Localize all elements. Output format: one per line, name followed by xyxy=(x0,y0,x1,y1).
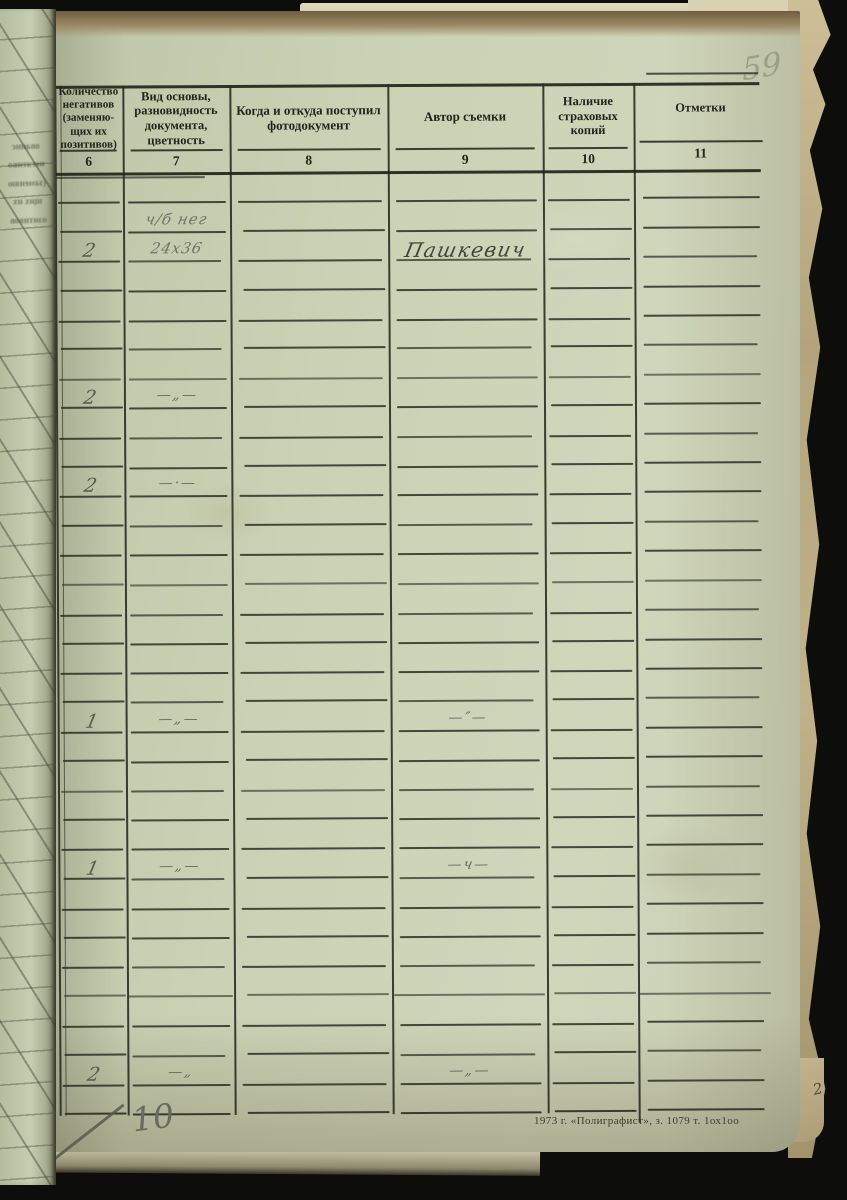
handwritten-entry: —„— xyxy=(122,387,232,404)
cell-c11 xyxy=(638,905,772,935)
table-row xyxy=(57,582,770,615)
cell-c11 xyxy=(637,699,771,729)
cell-c10 xyxy=(544,435,635,465)
cell-c8 xyxy=(234,937,392,967)
cell-c10 xyxy=(547,1024,638,1054)
cell-c10 xyxy=(545,524,636,554)
cell-c6: 2 xyxy=(56,379,124,409)
cell-c7 xyxy=(127,1026,234,1056)
table-row: 2—·— xyxy=(56,464,769,497)
cell-c7 xyxy=(124,408,231,438)
cell-c8 xyxy=(234,1054,392,1084)
column-number-11: 11 xyxy=(634,142,768,164)
cell-c6 xyxy=(58,791,126,821)
cell-c10 xyxy=(546,818,637,848)
cell-c9 xyxy=(392,906,547,936)
table-row xyxy=(58,788,771,821)
cell-c7 xyxy=(125,643,232,673)
cell-c8 xyxy=(233,790,391,820)
cell-c8 xyxy=(232,554,390,584)
cell-c11 xyxy=(639,1082,773,1112)
cell-c10 xyxy=(546,847,637,877)
column-number-8: 8 xyxy=(230,149,388,171)
cell-c6 xyxy=(58,732,126,762)
cell-c10 xyxy=(545,641,636,671)
cell-c7 xyxy=(124,438,231,468)
cell-c6 xyxy=(57,644,125,674)
cell-c8 xyxy=(232,613,390,643)
header-col9-label: Автор съемки xyxy=(424,109,506,125)
page-top-edge xyxy=(48,11,800,37)
cell-c7 xyxy=(123,291,230,321)
row-line xyxy=(65,1113,126,1115)
cell-c6 xyxy=(58,820,126,850)
table-row xyxy=(57,670,770,703)
cell-c11 xyxy=(638,935,772,965)
row-line xyxy=(247,1111,389,1114)
cell-c11 xyxy=(637,876,771,906)
cell-c7 xyxy=(127,938,234,968)
cell-c9 xyxy=(392,1024,547,1054)
cell-c11 xyxy=(637,729,771,759)
cell-c8 xyxy=(234,1025,392,1055)
cell-c8 xyxy=(233,731,391,761)
cell-c7 xyxy=(125,555,232,585)
cell-c10 xyxy=(546,730,637,760)
cell-c11 xyxy=(634,229,768,259)
cell-c6 xyxy=(55,203,123,233)
handwritten-entry: —„— xyxy=(124,711,234,728)
cell-c8 xyxy=(230,172,388,202)
cell-c6 xyxy=(56,350,124,380)
cell-c9 xyxy=(391,730,546,760)
header-col6: Количество негативов (заменяю- щих их по… xyxy=(54,88,122,150)
cell-c7: —„ xyxy=(127,1055,234,1085)
cell-c6: 2 xyxy=(55,232,123,262)
cell-c11 xyxy=(635,405,769,435)
cell-c9 xyxy=(389,318,544,348)
header-col8-label: Когда и откуда поступил фотодокумент xyxy=(236,102,381,133)
cell-c7 xyxy=(127,908,234,938)
cell-c10 xyxy=(543,200,634,230)
table-row xyxy=(59,964,772,997)
cell-c7: ч/б нег xyxy=(123,202,230,232)
cell-c6 xyxy=(56,438,124,468)
cell-c7: —„— xyxy=(126,702,233,732)
cell-c11 xyxy=(638,994,772,1024)
cell-c9: —„— xyxy=(392,1053,547,1083)
table-row xyxy=(55,258,768,291)
cell-c6 xyxy=(56,321,124,351)
cell-c10 xyxy=(544,318,635,348)
cell-c11 xyxy=(636,670,770,700)
cell-c11 xyxy=(637,758,771,788)
cell-c10 xyxy=(545,553,636,583)
handwritten-entry: 2 xyxy=(54,475,127,497)
sheet-number-pencil: 10 xyxy=(130,1096,176,1140)
cell-c7: 24х36 xyxy=(123,232,230,262)
cell-c8 xyxy=(231,437,389,467)
cell-c10 xyxy=(546,788,637,818)
header-col8: Когда и откуда поступил фотодокумент xyxy=(229,86,387,149)
cell-c11 xyxy=(637,788,771,818)
cell-c8 xyxy=(231,378,389,408)
cell-c7: —„— xyxy=(126,849,233,879)
cell-c6: 2 xyxy=(56,468,124,498)
register-table: Количество негативов (заменяю- щих их по… xyxy=(54,82,772,1116)
cell-c6: 1 xyxy=(58,703,126,733)
table-row: ч/б нег xyxy=(55,200,768,233)
table-row xyxy=(57,641,770,674)
cell-c7 xyxy=(125,614,232,644)
column-number-7: 7 xyxy=(123,150,230,172)
handwritten-entry: —„— xyxy=(125,858,235,875)
table-row xyxy=(56,317,769,350)
handwritten-entry: 24х36 xyxy=(121,239,232,258)
cell-c9 xyxy=(391,789,546,819)
cell-c11 xyxy=(635,376,769,406)
table-row xyxy=(55,170,768,203)
cell-c6 xyxy=(56,409,124,439)
cell-c10 xyxy=(546,700,637,730)
cell-c6 xyxy=(59,1026,127,1056)
cell-c11 xyxy=(635,435,769,465)
cell-c7 xyxy=(126,790,233,820)
cell-c9: —″— xyxy=(391,701,546,731)
cell-c10 xyxy=(547,965,638,995)
cell-c7 xyxy=(123,173,230,203)
cell-c11 xyxy=(635,347,769,377)
cell-c9 xyxy=(389,465,544,495)
handwritten-entry: ч/б нег xyxy=(121,210,232,229)
row-line xyxy=(555,1110,637,1112)
cell-c10 xyxy=(546,877,637,907)
cell-c11 xyxy=(634,200,768,230)
cell-c9 xyxy=(390,554,545,584)
cell-c9 xyxy=(393,1083,548,1113)
handwritten-entry: 2 xyxy=(57,1063,130,1085)
column-number-6: 6 xyxy=(55,151,123,172)
cell-c8 xyxy=(231,496,389,526)
cell-c9 xyxy=(389,436,544,466)
cell-c11 xyxy=(635,464,769,494)
cell-c9 xyxy=(392,965,547,995)
cell-c6 xyxy=(57,585,125,615)
table-row xyxy=(57,523,770,556)
page-stack-bottom-edge xyxy=(0,1148,540,1176)
cell-c6 xyxy=(55,262,123,292)
cell-c6 xyxy=(58,879,126,909)
row-line xyxy=(648,1108,765,1111)
cell-c8 xyxy=(233,701,391,731)
facing-page-strip: ованнс негативо (заменяю щих их озитивов xyxy=(0,9,56,1185)
row-line xyxy=(400,1111,541,1114)
cell-c11 xyxy=(634,258,768,288)
header-col10-label: Наличие страховых копий xyxy=(558,94,618,139)
cell-c8 xyxy=(230,202,388,232)
cell-c10 xyxy=(544,347,635,377)
table-row: 1—„——ч— xyxy=(58,846,771,879)
table-row xyxy=(58,758,771,791)
handwritten-entry: 2 xyxy=(54,387,127,409)
cell-c8 xyxy=(231,349,389,379)
handwritten-entry: —ч— xyxy=(390,856,548,873)
cell-c11 xyxy=(638,1052,772,1082)
handwritten-entry: —„— xyxy=(391,1062,549,1079)
table-row xyxy=(59,905,772,938)
cell-c11 xyxy=(636,582,770,612)
cell-c11 xyxy=(636,552,770,582)
cell-c9 xyxy=(392,995,547,1025)
cell-c10 xyxy=(544,406,635,436)
cell-c11 xyxy=(634,170,768,200)
table-row xyxy=(59,994,772,1027)
cell-c11 xyxy=(638,1023,772,1053)
cell-c8 xyxy=(232,672,390,702)
cell-c9 xyxy=(388,171,543,201)
cell-c10 xyxy=(547,994,638,1024)
cell-c9 xyxy=(389,348,544,378)
cell-c8 xyxy=(232,643,390,673)
cell-c6 xyxy=(56,497,124,527)
column-number-9: 9 xyxy=(388,148,543,170)
cell-c7: —·— xyxy=(124,467,231,497)
table-row xyxy=(56,494,769,527)
cell-c9 xyxy=(390,583,545,613)
cell-c7 xyxy=(124,496,231,526)
header-col11-label: Отметки xyxy=(675,100,726,115)
cell-c10 xyxy=(545,583,636,613)
cell-c9 xyxy=(388,201,543,231)
cell-c9 xyxy=(390,612,545,642)
cell-c11 xyxy=(635,317,769,347)
register-page: 59 Количество негативов (заменяю- щих их… xyxy=(48,11,800,1152)
header-col11: Отметки xyxy=(633,76,767,139)
cell-c10 xyxy=(545,671,636,701)
cell-c10 xyxy=(548,1082,639,1112)
cell-c7 xyxy=(126,761,233,791)
table-row: 1—„——″— xyxy=(58,699,771,732)
table-row: 2—„—„— xyxy=(59,1052,772,1085)
cell-c8 xyxy=(233,848,391,878)
cell-c9: —ч— xyxy=(391,848,546,878)
cell-c10 xyxy=(546,759,637,789)
cell-c7 xyxy=(123,261,230,291)
cell-c6: 1 xyxy=(58,850,126,880)
cell-c7 xyxy=(127,996,234,1026)
table-row xyxy=(58,729,771,762)
handwritten-entry: 1 xyxy=(56,857,129,879)
table-row xyxy=(56,435,769,468)
cell-c7 xyxy=(125,673,232,703)
cell-c8 xyxy=(232,525,390,555)
cell-c10 xyxy=(547,1053,638,1083)
cell-c10 xyxy=(547,935,638,965)
cell-c6 xyxy=(59,967,127,997)
cell-c8 xyxy=(235,1084,393,1114)
column-number-10: 10 xyxy=(543,148,634,169)
cell-c6 xyxy=(59,938,127,968)
cell-c6 xyxy=(57,526,125,556)
cell-c8 xyxy=(233,819,391,849)
cell-c6 xyxy=(59,909,127,939)
table-row xyxy=(56,405,769,438)
table-row xyxy=(56,347,769,380)
cell-c8 xyxy=(233,760,391,790)
cell-c9 xyxy=(391,759,546,789)
cell-c6 xyxy=(57,615,125,645)
cell-c10 xyxy=(544,465,635,495)
cell-c10 xyxy=(544,377,635,407)
cell-c11 xyxy=(638,964,772,994)
handwritten-entry: 1 xyxy=(55,710,128,732)
cell-c7 xyxy=(126,879,233,909)
cell-c7 xyxy=(126,732,233,762)
cell-c6 xyxy=(57,673,125,703)
cell-c9 xyxy=(388,260,543,290)
cell-c9 xyxy=(391,877,546,907)
cell-c8 xyxy=(234,907,392,937)
table-row xyxy=(57,552,770,585)
handwritten-entry: —„ xyxy=(126,1064,236,1081)
cell-c7 xyxy=(125,585,232,615)
cell-c10 xyxy=(545,612,636,642)
archival-photo-page: ованнс негативо (заменяю щих их озитивов… xyxy=(0,0,847,1200)
table-row: 224х36Пашкевич xyxy=(55,229,768,262)
cell-c11 xyxy=(637,817,771,847)
header-col9: Автор съемки xyxy=(387,85,542,148)
cell-c8 xyxy=(230,260,388,290)
header-col6-label: Количество негативов (заменяю- щих их по… xyxy=(58,85,118,152)
cell-c8 xyxy=(231,407,389,437)
cell-c9 xyxy=(390,524,545,554)
cell-c6 xyxy=(57,556,125,586)
cell-c10 xyxy=(543,230,634,260)
cell-c10 xyxy=(543,171,634,201)
cell-c9 xyxy=(390,671,545,701)
table-row: 2—„— xyxy=(56,376,769,409)
cell-c6 xyxy=(55,291,123,321)
cell-c9 xyxy=(390,642,545,672)
cell-c10 xyxy=(543,288,634,318)
handwritten-entry: 2 xyxy=(53,240,126,262)
table-row xyxy=(59,935,772,968)
cell-c6: 2 xyxy=(59,1056,127,1086)
cell-c11 xyxy=(635,494,769,524)
cell-c9 xyxy=(388,289,543,319)
cell-c9 xyxy=(391,818,546,848)
header-col7: Вид основы, разновидность документа, цве… xyxy=(122,87,229,150)
table-body: ч/б нег224х36Пашкевич2—„—2—·—1—„——″—1—„—… xyxy=(55,170,773,1115)
cell-c8 xyxy=(231,319,389,349)
cell-c11 xyxy=(636,641,770,671)
cell-c8 xyxy=(230,290,388,320)
cell-c11 xyxy=(636,523,770,553)
table-row xyxy=(58,876,771,909)
cell-c9: Пашкевич xyxy=(388,230,543,260)
cell-c11 xyxy=(634,288,768,318)
cell-c9 xyxy=(389,377,544,407)
handwritten-entry: —·— xyxy=(123,475,233,492)
cell-c6 xyxy=(58,762,126,792)
cell-c7 xyxy=(127,967,234,997)
cell-c6 xyxy=(59,997,127,1027)
cell-c7: —„— xyxy=(124,379,231,409)
cell-c10 xyxy=(543,259,634,289)
header-col7-label: Вид основы, разновидность документа, цве… xyxy=(134,89,218,148)
cell-c9 xyxy=(392,936,547,966)
table-row xyxy=(58,817,771,850)
cell-c7 xyxy=(125,526,232,556)
table-row xyxy=(59,1023,772,1056)
cell-c8 xyxy=(234,966,392,996)
cell-c10 xyxy=(547,906,638,936)
cell-c8 xyxy=(233,878,391,908)
print-shop-imprint: 1973 г. «Полиграфист», з. 1079 т. 1ох1оо xyxy=(534,1115,804,1127)
cell-c9 xyxy=(389,495,544,525)
cell-c11 xyxy=(637,846,771,876)
cell-c8 xyxy=(230,231,388,261)
cell-c7 xyxy=(124,320,231,350)
table-row xyxy=(57,611,770,644)
cell-c7 xyxy=(124,349,231,379)
cell-c10 xyxy=(544,494,635,524)
header-col10: Наличие страховых копий xyxy=(542,85,633,147)
cell-c8 xyxy=(232,584,390,614)
cell-c8 xyxy=(234,995,392,1025)
table-row xyxy=(55,288,768,321)
ghost-text: ованнс негативо (заменяю щих их озитивов xyxy=(0,136,56,230)
cell-c8 xyxy=(231,466,389,496)
cell-c11 xyxy=(636,611,770,641)
cell-c7 xyxy=(126,820,233,850)
handwritten-entry: —″— xyxy=(389,709,547,726)
cell-c6 xyxy=(55,174,123,204)
cell-c9 xyxy=(389,407,544,437)
